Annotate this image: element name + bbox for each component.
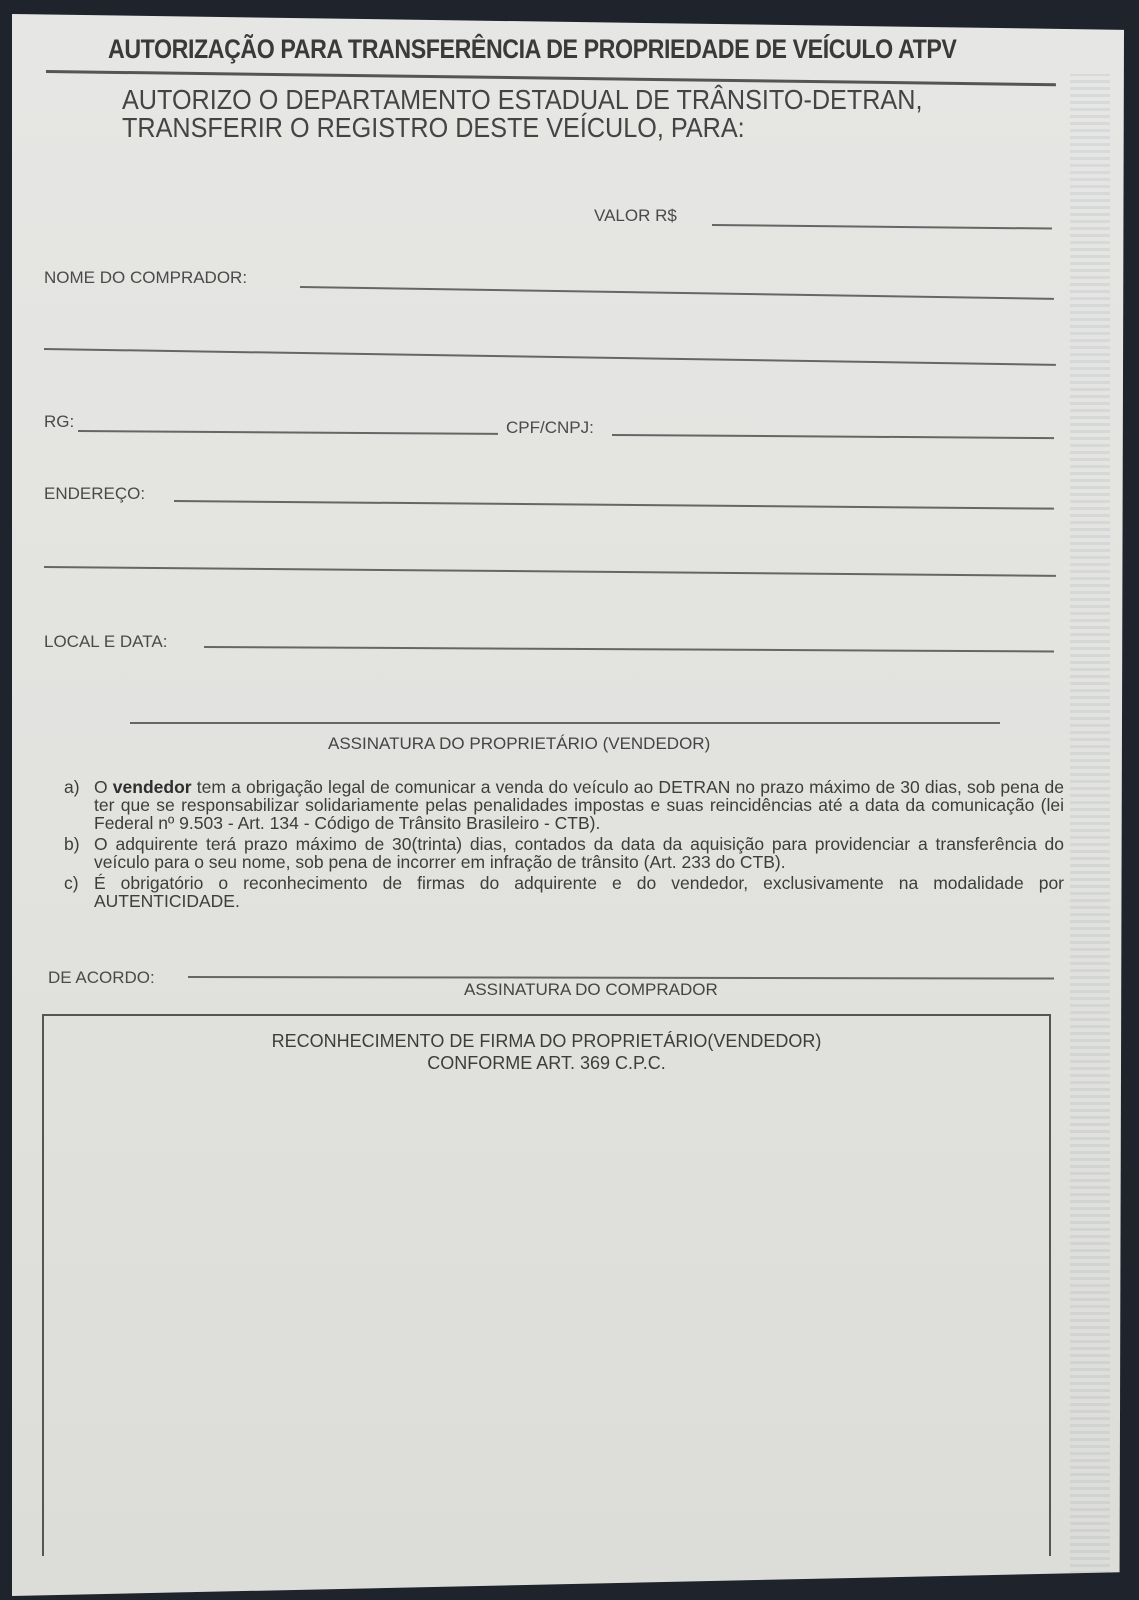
nome-comprador-field[interactable] [300, 286, 1054, 300]
atpv-form-paper: AUTORIZAÇÃO PARA TRANSFERÊNCIA DE PROPRI… [12, 14, 1124, 1596]
note-c: c) É obrigatório o reconhecimento de fir… [64, 874, 1064, 910]
endereco-label: ENDEREÇO: [44, 484, 145, 504]
intro-line-1: AUTORIZO O DEPARTAMENTO ESTADUAL DE TRÂN… [122, 86, 922, 114]
notary-title-line-1: RECONHECIMENTO DE FIRMA DO PROPRIETÁRIO(… [44, 1030, 1049, 1052]
endereco-field[interactable] [174, 500, 1054, 510]
rg-field[interactable] [78, 430, 498, 435]
notary-box-title: RECONHECIMENTO DE FIRMA DO PROPRIETÁRIO(… [44, 1030, 1049, 1074]
rg-label: RG: [44, 412, 74, 432]
note-a: a) O vendedor tem a obrigação legal de c… [64, 778, 1064, 832]
intro-line-2: TRANSFERIR O REGISTRO DESTE VEÍCULO, PAR… [122, 114, 922, 142]
note-b-key: b) [64, 835, 94, 871]
legal-notes: a) O vendedor tem a obrigação legal de c… [64, 778, 1064, 913]
seller-signature-caption: ASSINATURA DO PROPRIETÁRIO (VENDEDOR) [328, 734, 710, 754]
local-data-field[interactable] [204, 646, 1054, 652]
note-a-key: a) [64, 778, 94, 832]
local-data-label: LOCAL E DATA: [44, 632, 167, 652]
notary-title-line-2: CONFORME ART. 369 C.P.C. [44, 1052, 1049, 1074]
note-c-text: É obrigatório o reconhecimento de firmas… [94, 874, 1064, 910]
valor-field[interactable] [712, 224, 1052, 230]
form-title: AUTORIZAÇÃO PARA TRANSFERÊNCIA DE PROPRI… [108, 34, 956, 65]
note-a-bold: vendedor [113, 777, 192, 797]
note-a-body: tem a obrigação legal de comunicar a ven… [94, 777, 1064, 833]
cpf-cnpj-field[interactable] [612, 434, 1054, 439]
security-strip [1070, 74, 1110, 1574]
note-a-text: O vendedor tem a obrigação legal de comu… [94, 778, 1064, 832]
note-b-text: O adquirente terá prazo máximo de 30(tri… [94, 835, 1064, 871]
buyer-signature-caption: ASSINATURA DO COMPRADOR [464, 980, 718, 1000]
endereco-field-line-2[interactable] [44, 566, 1056, 577]
seller-signature-line[interactable] [130, 722, 1000, 724]
authorization-statement: AUTORIZO O DEPARTAMENTO ESTADUAL DE TRÂN… [122, 86, 922, 142]
notary-recognition-box[interactable]: RECONHECIMENTO DE FIRMA DO PROPRIETÁRIO(… [42, 1014, 1051, 1556]
note-c-key: c) [64, 874, 94, 910]
cpf-cnpj-label: CPF/CNPJ: [506, 418, 594, 438]
note-b: b) O adquirente terá prazo máximo de 30(… [64, 835, 1064, 871]
note-a-prefix: O [94, 777, 113, 797]
nome-comprador-field-line-2[interactable] [44, 348, 1056, 366]
nome-comprador-label: NOME DO COMPRADOR: [44, 268, 247, 288]
buyer-signature-line[interactable] [188, 976, 1054, 980]
de-acordo-label: DE ACORDO: [48, 968, 155, 988]
valor-label: VALOR R$ [594, 206, 677, 226]
